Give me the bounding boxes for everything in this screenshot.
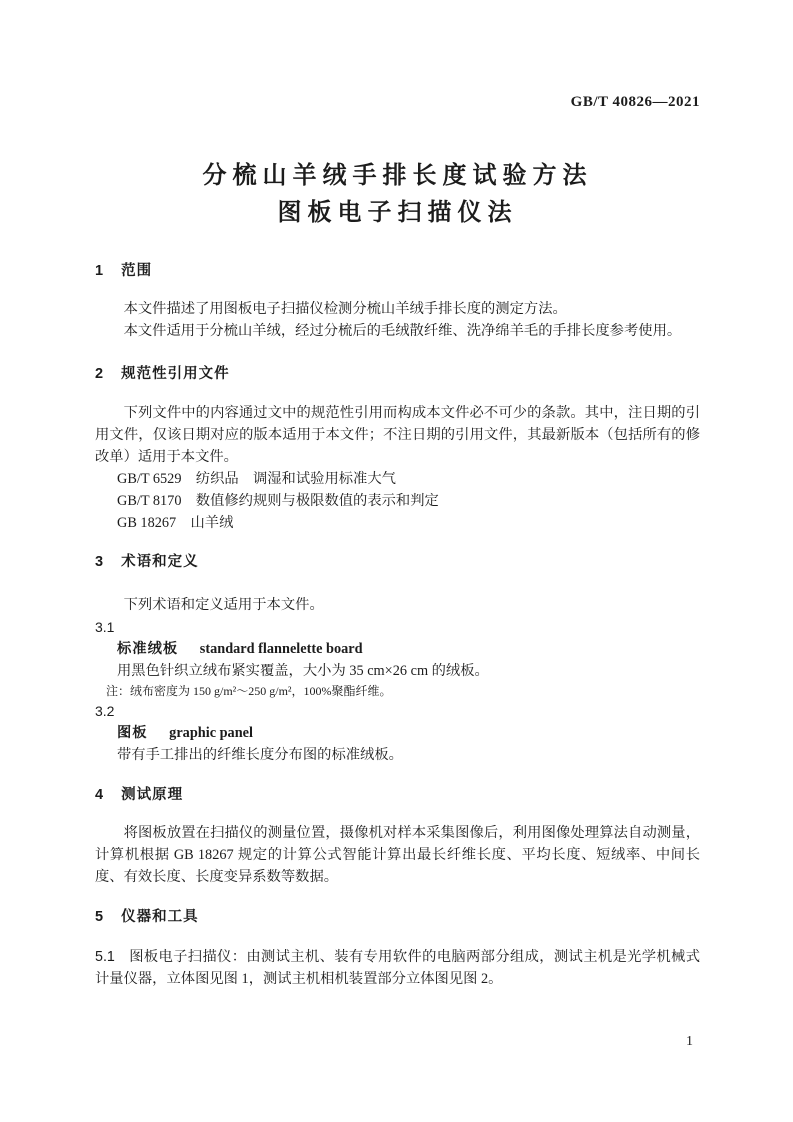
term-definition-3-2: 带有手工排出的纤维长度分布图的标准绒板。 [95,744,700,766]
section-4-title: 测试原理 [121,787,183,803]
section-4-number: 4 [95,787,103,803]
document-title-line1: 分梳山羊绒手排长度试验方法 [95,157,700,194]
term-definition-3-1: 用黑色针织立绒布紧实覆盖，大小为 35 cm×26 cm 的绒板。 [95,660,700,682]
reference-item: GB 18267 山羊绒 [95,512,700,534]
section-4-heading: 4 测试原理 [95,785,700,805]
clause-number-3-2: 3.2 [95,700,700,722]
term-en-3-1: standard flannelette board [200,641,363,657]
section-3-number: 3 [95,554,103,570]
document-title-line2: 图板电子扫描仪法 [95,194,700,231]
clause-text-5-1: 图板电子扫描仪：由测试主机、装有专用软件的电脑两部分组成，测试主机是光学机械式计… [95,949,700,987]
test-principle-paragraph: 将图板放置在扫描仪的测量位置，摄像机对样本采集图像后，利用图像处理算法自动测量，… [95,822,700,888]
terms-intro: 下列术语和定义适用于本文件。 [95,594,700,616]
section-3-title: 术语和定义 [121,554,199,570]
term-note-3-1: 注：绒布密度为 150 g/m²～250 g/m²，100%聚酯纤维。 [95,682,700,700]
scope-paragraph-1: 本文件描述了用图板电子扫描仪检测分梳山羊绒手排长度的测定方法。 [95,298,700,320]
clause-number-5-1: 5.1 [95,949,115,965]
term-entry-3-2: 3.2 图板 graphic panel 带有手工排出的纤维长度分布图的标准绒板… [95,700,700,766]
clause-number-3-1: 3.1 [95,616,700,638]
document-page: GB/T 40826—2021 分梳山羊绒手排长度试验方法 图板电子扫描仪法 1… [0,0,793,1122]
section-3-heading: 3 术语和定义 [95,552,700,572]
section-1-title: 范围 [121,263,152,279]
document-title: 分梳山羊绒手排长度试验方法 图板电子扫描仪法 [95,157,700,231]
reference-item: GB/T 8170 数值修约规则与极限数值的表示和判定 [95,490,700,512]
section-5-number: 5 [95,909,103,925]
page-number: 1 [686,1033,693,1051]
reference-item: GB/T 6529 纺织品 调湿和试验用标准大气 [95,468,700,490]
term-name-3-2: 图板 graphic panel [95,722,700,744]
standard-code: GB/T 40826—2021 [95,93,700,111]
section-5-title: 仪器和工具 [121,909,199,925]
normative-references-intro: 下列文件中的内容通过文中的规范性引用而构成本文件必不可少的条款。其中，注日期的引… [95,402,700,468]
scope-paragraph-2: 本文件适用于分梳山羊绒，经过分梳后的毛绒散纤维、洗净绵羊毛的手排长度参考使用。 [95,320,700,342]
section-5-heading: 5 仪器和工具 [95,907,700,927]
section-2-title: 规范性引用文件 [121,366,230,382]
section-2-number: 2 [95,366,103,382]
section-1-number: 1 [95,263,103,279]
term-en-3-2: graphic panel [169,725,253,741]
section-2-heading: 2 规范性引用文件 [95,364,700,384]
term-zh-3-2: 图板 [117,725,148,741]
term-name-3-1: 标准绒板 standard flannelette board [95,638,700,660]
section-1-heading: 1 范围 [95,261,700,281]
clause-5-1: 5.1图板电子扫描仪：由测试主机、装有专用软件的电脑两部分组成，测试主机是光学机… [95,946,700,990]
term-zh-3-1: 标准绒板 [117,641,178,657]
term-entry-3-1: 3.1 标准绒板 standard flannelette board 用黑色针… [95,616,700,700]
